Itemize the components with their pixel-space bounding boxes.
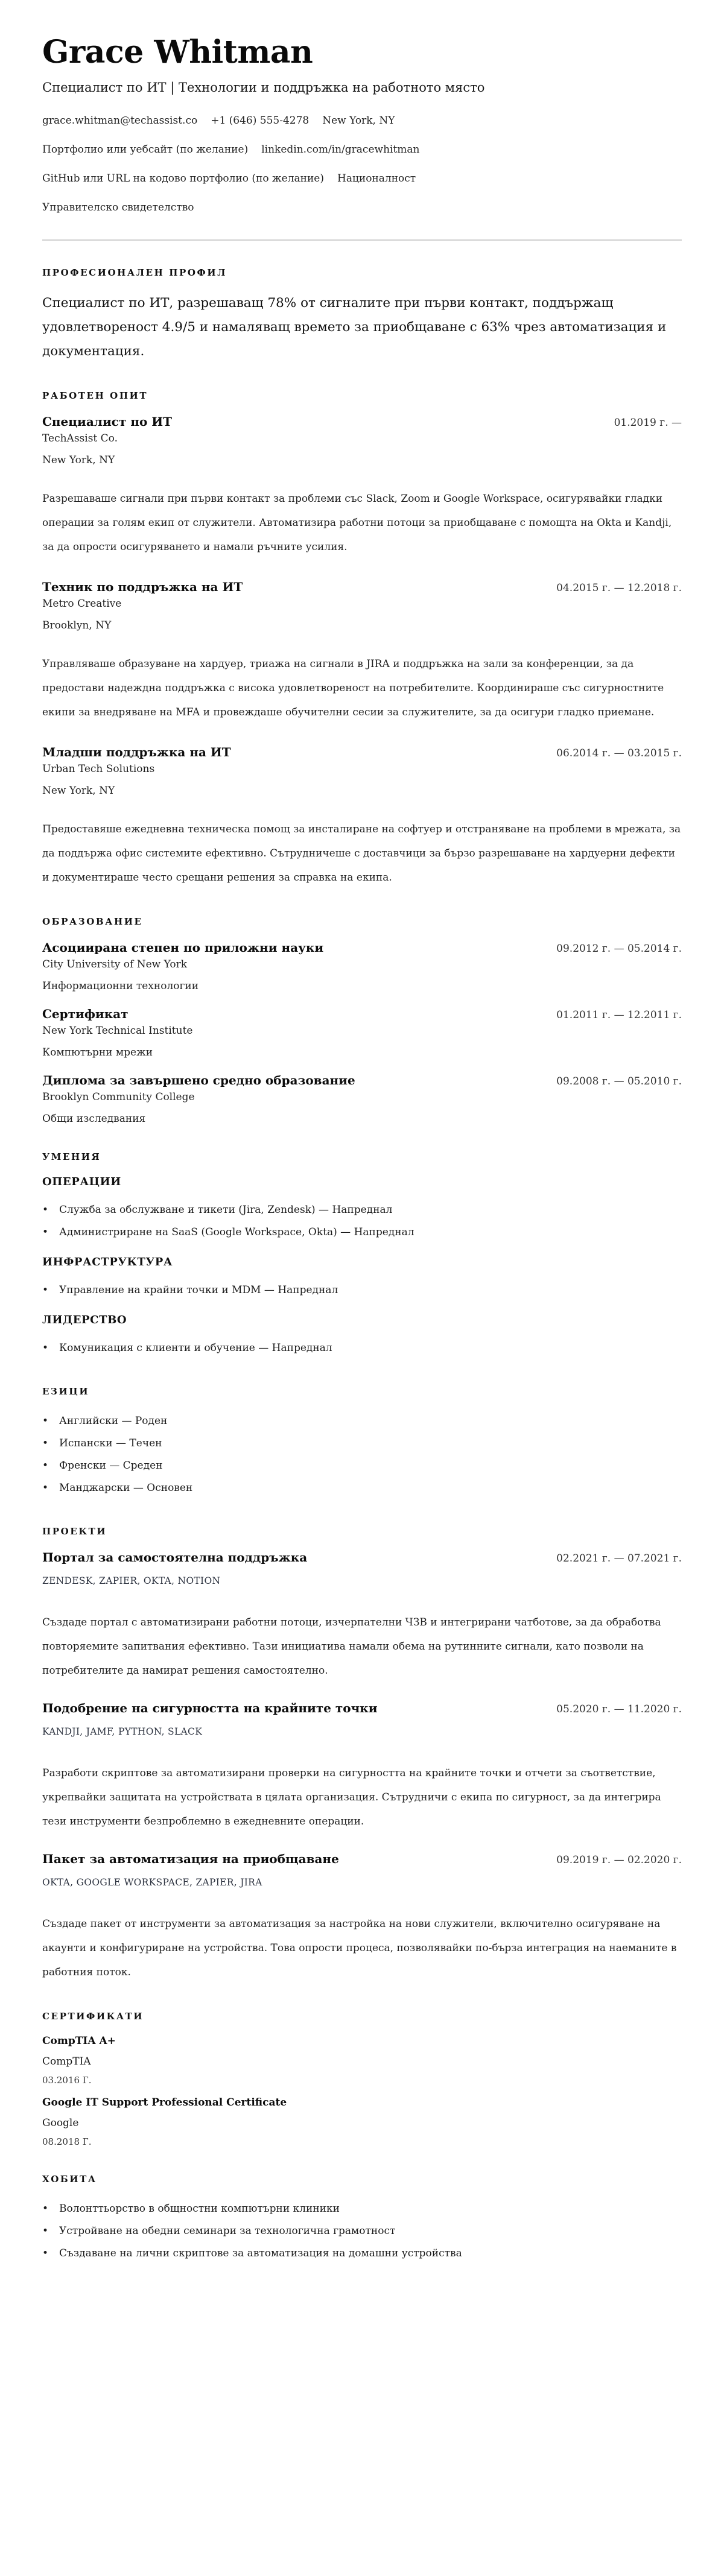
contact-info: grace.whitman@techassist.co+1 (646) 555-… [42, 113, 682, 215]
education-dates: 01.2011 г. — 12.2011 г. [556, 1009, 682, 1021]
section-title-experience: РАБОТЕН ОПИТ [42, 390, 682, 401]
contact-item: GitHub или URL на кодово портфолио (по ж… [42, 171, 324, 186]
job-description: Управляваше образуване на хардуер, триаж… [42, 652, 682, 724]
project-list: Портал за самостоятелна поддръжка02.2021… [42, 1550, 682, 1984]
school-name: New York Technical Institute [42, 1025, 682, 1037]
hobbies-section: ХОБИТА Волонттьорство в общностни компют… [42, 2174, 682, 2265]
job-title: Младши поддръжка на ИТ [42, 745, 231, 759]
job-entry: Специалист по ИТ01.2019 г. —TechAssist C… [42, 414, 682, 559]
skill-group-title: ЛИДЕРСТВО [42, 1314, 682, 1326]
project-title: Подобрение на сигурността на крайните то… [42, 1701, 378, 1715]
project-description: Разработи скриптове за автоматизирани пр… [42, 1761, 682, 1834]
header-divider [42, 239, 682, 241]
project-entry: Подобрение на сигурността на крайните то… [42, 1701, 682, 1834]
education-header: Асоциирана степен по приложни науки09.20… [42, 940, 682, 955]
certification-issuer: CompTIA [42, 2055, 682, 2068]
contact-item: Портфолио или уебсайт (по желание) [42, 142, 248, 157]
job-company: Urban Tech Solutions [42, 763, 682, 775]
profile-section: ПРОФЕСИОНАЛЕН ПРОФИЛ Специалист по ИТ, р… [42, 267, 682, 364]
languages-section: ЕЗИЦИ Английски — РоденИспански — ТеченФ… [42, 1386, 682, 1499]
job-header: Младши поддръжка на ИТ06.2014 г. — 03.20… [42, 745, 682, 759]
job-location: New York, NY [42, 454, 682, 466]
job-description: Разрешаваше сигнали при първи контакт за… [42, 487, 682, 559]
job-dates: 04.2015 г. — 12.2018 г. [556, 582, 682, 594]
project-header: Пакет за автоматизация на приобщаване09.… [42, 1852, 682, 1866]
skill-group-title: ИНФРАСТРУКТУРА [42, 1256, 682, 1268]
certification-list: CompTIA A+CompTIA03.2016 г.Google IT Sup… [42, 2035, 682, 2147]
skills-section: УМЕНИЯ ОПЕРАЦИИСлужба за обслужване и ти… [42, 1151, 682, 1359]
job-title: Техник по поддръжка на ИТ [42, 580, 243, 594]
contact-row: grace.whitman@techassist.co+1 (646) 555-… [42, 113, 682, 128]
job-description: Предоставяше ежедневна техническа помощ … [42, 817, 682, 890]
project-title: Портал за самостоятелна поддръжка [42, 1550, 307, 1565]
job-location: New York, NY [42, 785, 682, 797]
linkedin-link[interactable]: linkedin.com/in/gracewhitman [261, 142, 419, 157]
project-description: Създаде пакет от инструменти за автомати… [42, 1912, 682, 1984]
phone-number[interactable]: +1 (646) 555-4278 [211, 113, 309, 128]
skill-item: Администриране на SaaS (Google Workspace… [42, 1221, 682, 1244]
education-dates: 09.2012 г. — 05.2014 г. [556, 943, 682, 955]
certification-name: Google IT Support Professional Certifica… [42, 2097, 682, 2109]
section-title-certifications: СЕРТИФИКАТИ [42, 2011, 682, 2022]
job-company: TechAssist Co. [42, 432, 682, 445]
project-tech-tags: KANDJI, JAMF, PYTHON, SLACK [42, 1726, 682, 1737]
section-title-hobbies: ХОБИТА [42, 2174, 682, 2185]
contact-item: New York, NY [322, 113, 395, 128]
hobby-item: Създаване на лични скриптове за автомати… [42, 2242, 682, 2265]
language-item: Френски — Среден [42, 1455, 682, 1477]
candidate-headline: Специалист по ИТ | Технологии и поддръжк… [42, 80, 682, 95]
certification-name: CompTIA A+ [42, 2035, 682, 2047]
hobby-item: Устройване на обедни семинари за техноло… [42, 2220, 682, 2242]
certification-date: 08.2018 г. [42, 2136, 682, 2147]
job-dates: 06.2014 г. — 03.2015 г. [556, 747, 682, 759]
job-list: Специалист по ИТ01.2019 г. —TechAssist C… [42, 414, 682, 890]
certification-entry: Google IT Support Professional Certifica… [42, 2097, 682, 2147]
language-item: Испански — Течен [42, 1432, 682, 1455]
skill-list: Служба за обслужване и тикети (Jira, Zen… [42, 1199, 682, 1244]
project-description: Създаде портал с автоматизирани работни … [42, 1610, 682, 1683]
contact-item: Управителско свидетелство [42, 200, 194, 215]
email-link[interactable]: grace.whitman@techassist.co [42, 113, 197, 128]
certification-entry: CompTIA A+CompTIA03.2016 г. [42, 2035, 682, 2086]
field-of-study: Информационни технологии [42, 980, 682, 992]
candidate-name: Grace Whitman [42, 35, 682, 69]
profile-summary: Специалист по ИТ, разрешаващ 78% от сигн… [42, 291, 682, 364]
language-list: Английски — РоденИспански — ТеченФренски… [42, 1410, 682, 1499]
contact-row: Портфолио или уебсайт (по желание)linked… [42, 142, 682, 157]
project-header: Портал за самостоятелна поддръжка02.2021… [42, 1550, 682, 1565]
experience-section: РАБОТЕН ОПИТ Специалист по ИТ01.2019 г. … [42, 390, 682, 890]
section-title-education: ОБРАЗОВАНИЕ [42, 916, 682, 927]
skill-item: Комуникация с клиенти и обучение — Напре… [42, 1337, 682, 1359]
project-header: Подобрение на сигурността на крайните то… [42, 1701, 682, 1715]
job-header: Специалист по ИТ01.2019 г. — [42, 414, 682, 429]
education-entry: Диплома за завършено средно образование0… [42, 1073, 682, 1125]
education-entry: Асоциирана степен по приложни науки09.20… [42, 940, 682, 992]
field-of-study: Общи изследвания [42, 1113, 682, 1125]
degree-title: Диплома за завършено средно образование [42, 1073, 355, 1087]
field-of-study: Компютърни мрежи [42, 1046, 682, 1059]
job-location: Brooklyn, NY [42, 619, 682, 631]
education-entry: Сертификат01.2011 г. — 12.2011 г.New Yor… [42, 1007, 682, 1059]
skill-item: Служба за обслужване и тикети (Jira, Zen… [42, 1199, 682, 1221]
language-item: Манджарски — Основен [42, 1477, 682, 1499]
project-tech-tags: ZENDESK, ZAPIER, OKTA, NOTION [42, 1575, 682, 1586]
project-entry: Портал за самостоятелна поддръжка02.2021… [42, 1550, 682, 1683]
job-header: Техник по поддръжка на ИТ04.2015 г. — 12… [42, 580, 682, 594]
school-name: Brooklyn Community College [42, 1091, 682, 1103]
certification-date: 03.2016 г. [42, 2075, 682, 2086]
section-title-projects: ПРОЕКТИ [42, 1526, 682, 1537]
project-dates: 05.2020 г. — 11.2020 г. [556, 1703, 682, 1715]
skill-groups: ОПЕРАЦИИСлужба за обслужване и тикети (J… [42, 1176, 682, 1359]
certifications-section: СЕРТИФИКАТИ CompTIA A+CompTIA03.2016 г.G… [42, 2011, 682, 2147]
education-header: Диплома за завършено средно образование0… [42, 1073, 682, 1087]
education-dates: 09.2008 г. — 05.2010 г. [556, 1075, 682, 1087]
section-title-skills: УМЕНИЯ [42, 1151, 682, 1162]
project-tech-tags: OKTA, GOOGLE WORKSPACE, ZAPIER, JIRA [42, 1877, 682, 1888]
hobby-item: Волонттьорство в общностни компютърни кл… [42, 2198, 682, 2220]
project-dates: 02.2021 г. — 07.2021 г. [556, 1552, 682, 1565]
language-item: Английски — Роден [42, 1410, 682, 1432]
job-dates: 01.2019 г. — [614, 417, 682, 429]
skill-group: ИНФРАСТРУКТУРАУправление на крайни точки… [42, 1256, 682, 1302]
project-entry: Пакет за автоматизация на приобщаване09.… [42, 1852, 682, 1984]
project-dates: 09.2019 г. — 02.2020 г. [556, 1854, 682, 1866]
contact-row: GitHub или URL на кодово портфолио (по ж… [42, 171, 682, 186]
section-title-languages: ЕЗИЦИ [42, 1386, 682, 1397]
job-company: Metro Creative [42, 598, 682, 610]
resume-page: Grace Whitman Специалист по ИТ | Техноло… [0, 0, 724, 2301]
project-title: Пакет за автоматизация на приобщаване [42, 1852, 339, 1866]
projects-section: ПРОЕКТИ Портал за самостоятелна поддръжк… [42, 1526, 682, 1984]
section-title-profile: ПРОФЕСИОНАЛЕН ПРОФИЛ [42, 267, 682, 278]
degree-title: Асоциирана степен по приложни науки [42, 940, 323, 955]
degree-title: Сертификат [42, 1007, 129, 1021]
skill-group-title: ОПЕРАЦИИ [42, 1176, 682, 1188]
resume-header: Grace Whitman Специалист по ИТ | Техноло… [42, 35, 682, 215]
job-entry: Техник по поддръжка на ИТ04.2015 г. — 12… [42, 580, 682, 724]
job-entry: Младши поддръжка на ИТ06.2014 г. — 03.20… [42, 745, 682, 890]
education-header: Сертификат01.2011 г. — 12.2011 г. [42, 1007, 682, 1021]
skill-list: Комуникация с клиенти и обучение — Напре… [42, 1337, 682, 1359]
education-section: ОБРАЗОВАНИЕ Асоциирана степен по приложн… [42, 916, 682, 1125]
education-list: Асоциирана степен по приложни науки09.20… [42, 940, 682, 1125]
job-title: Специалист по ИТ [42, 414, 172, 429]
certification-issuer: Google [42, 2117, 682, 2129]
skill-group: ЛИДЕРСТВОКомуникация с клиенти и обучени… [42, 1314, 682, 1359]
contact-row: Управителско свидетелство [42, 200, 682, 215]
hobby-list: Волонттьорство в общностни компютърни кл… [42, 2198, 682, 2265]
contact-item: Националност [337, 171, 416, 186]
skill-group: ОПЕРАЦИИСлужба за обслужване и тикети (J… [42, 1176, 682, 1244]
school-name: City University of New York [42, 958, 682, 970]
skill-item: Управление на крайни точки и MDM — Напре… [42, 1279, 682, 1302]
skill-list: Управление на крайни точки и MDM — Напре… [42, 1279, 682, 1302]
